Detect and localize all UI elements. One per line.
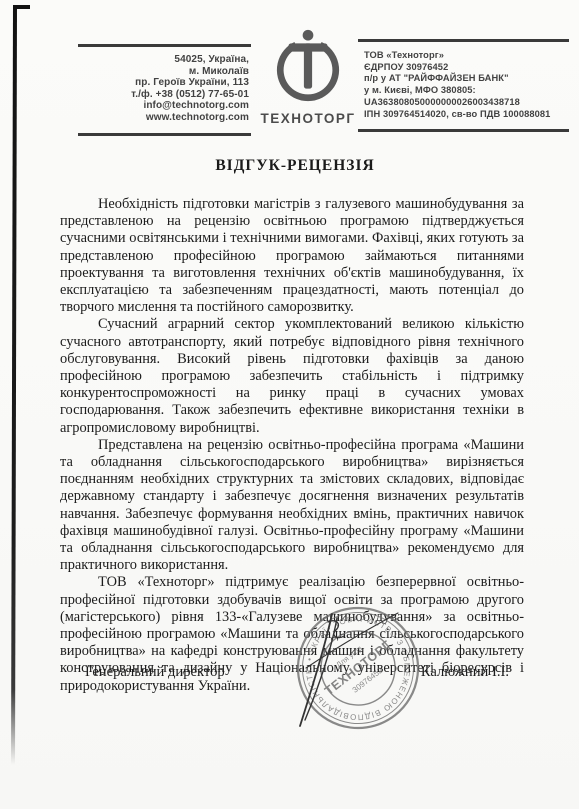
company-bank-line: п/р у АТ "РАЙФФАЙЗЕН БАНК" [364, 73, 569, 85]
scanned-document-page: 54025, Україна, м. Миколаїв пр. Героїв У… [0, 0, 579, 809]
paragraph: Представлена на рецензію освітньо-профес… [60, 437, 524, 575]
company-name: ТОВ «Техноторг» [364, 50, 569, 62]
company-bank-city: у м. Києві, МФО 380805: [364, 85, 569, 97]
company-tax-line: ІПН 309764514020, св-во ПДВ 100088081 [364, 109, 569, 121]
address-line: пр. Героїв України, 113 [78, 77, 249, 89]
paragraph: Сучасний аграрний сектор укомплектований… [60, 316, 524, 436]
letterhead-address-block: 54025, Україна, м. Миколаїв пр. Героїв У… [78, 44, 251, 136]
company-logo: ТЕХНОТОРГ [256, 28, 360, 126]
document-title: ВІДГУК-РЕЦЕНЗІЯ [60, 157, 530, 175]
logo-wordmark: ТЕХНОТОРГ [256, 111, 360, 126]
company-iban: UA363808050000000026003438718 [364, 97, 569, 109]
scan-edge-artifact [11, 5, 17, 765]
address-line: 54025, Україна, [78, 54, 249, 66]
signer-role: Генеральний директор [85, 664, 225, 681]
address-line: т./ф. +38 (0512) 77-65-01 [78, 89, 249, 101]
handwritten-signature [280, 600, 440, 740]
address-email: info@technotorg.com [78, 100, 249, 112]
letterhead-company-block: ТОВ «Техноторг» ЄДРПОУ 30976452 п/р у АТ… [358, 39, 569, 132]
address-line: м. Миколаїв [78, 66, 249, 78]
address-website: www.technotorg.com [78, 112, 249, 124]
company-edrpou: ЄДРПОУ 30976452 [364, 62, 569, 74]
technotorg-logo-icon [272, 28, 344, 102]
scan-edge-corner [13, 5, 30, 9]
paragraph: Необхідність підготовки магістрів з галу… [60, 196, 524, 316]
